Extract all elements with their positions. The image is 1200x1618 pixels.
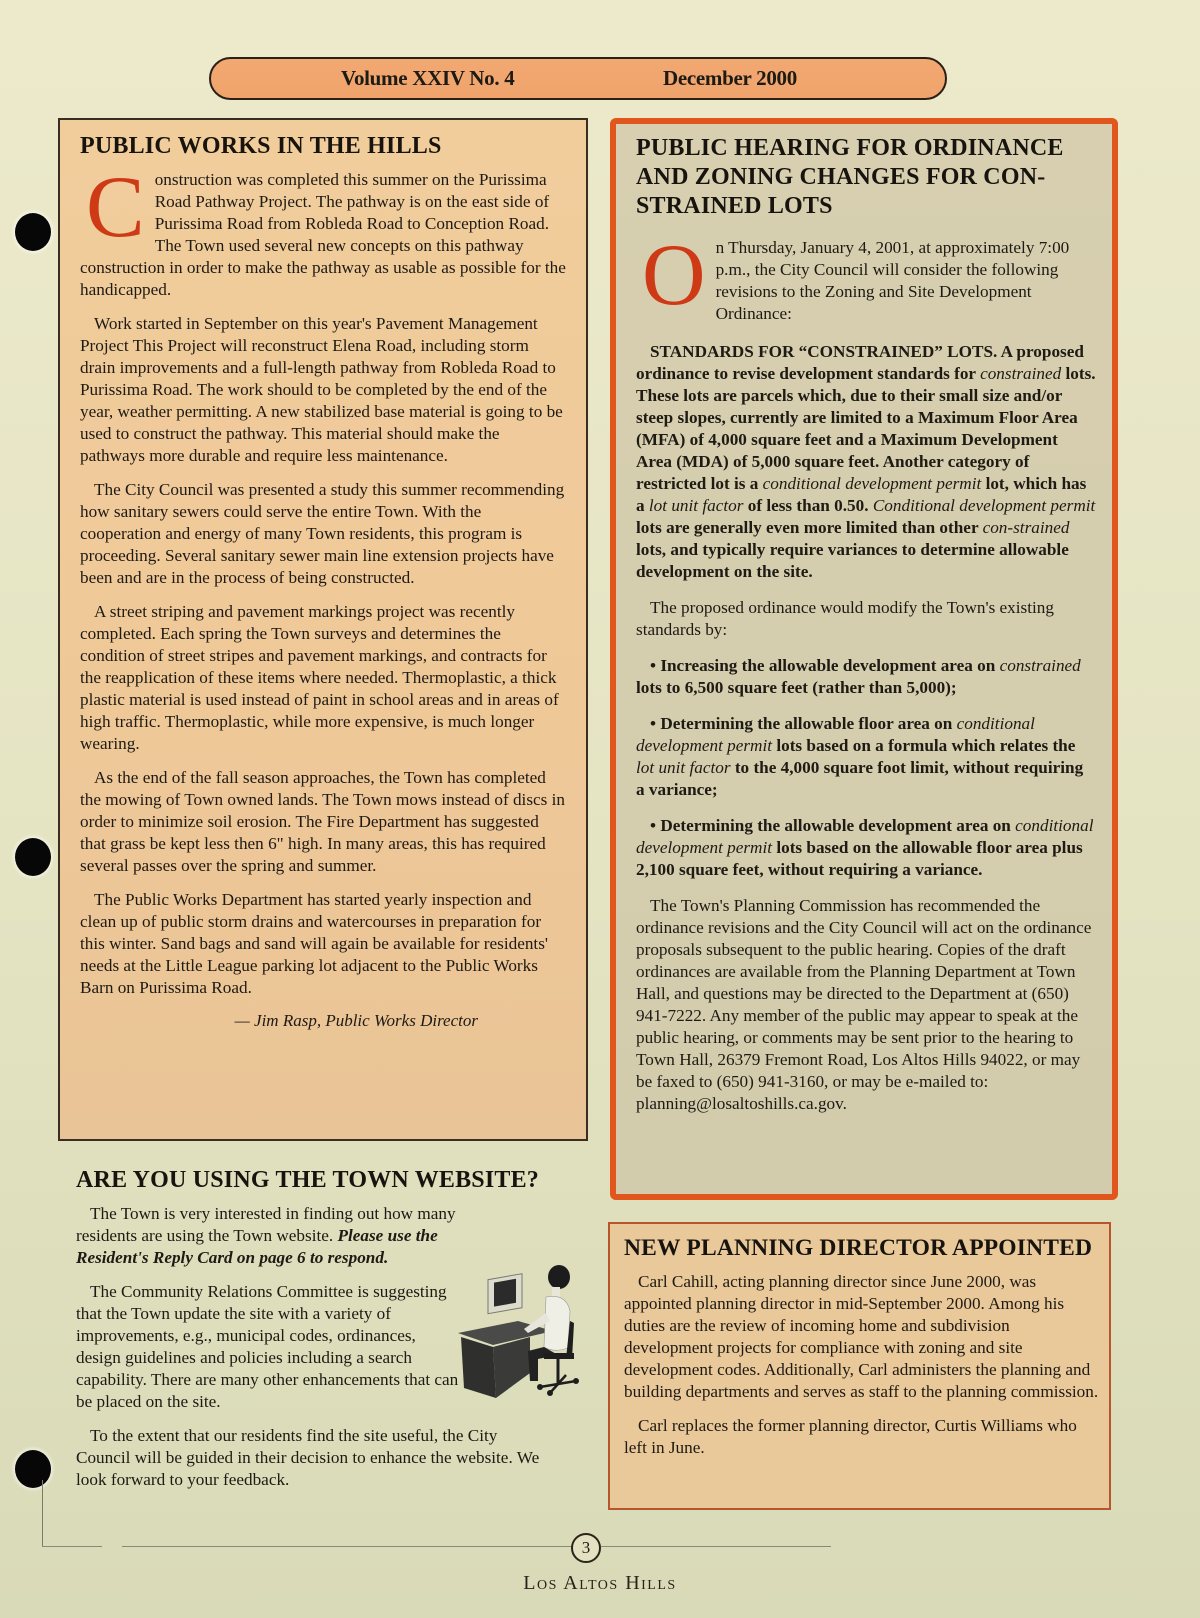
volume-number: Volume XXIV No. 4 xyxy=(341,66,514,91)
article-paragraph: As the end of the fall season approaches… xyxy=(80,767,566,877)
issue-masthead: Volume XXIV No. 4 December 2000 xyxy=(209,57,947,100)
email-link[interactable]: planning@losaltoshills.ca.gov. xyxy=(636,1094,847,1113)
bullet-item: • Determining the allowable floor area o… xyxy=(636,713,1096,801)
article-paragraph: Work started in September on this year's… xyxy=(80,313,566,467)
article-paragraph: Carl Cahill, acting planning director si… xyxy=(624,1271,1099,1403)
person-at-computer-illustration xyxy=(458,1263,588,1403)
bullet-item: • Increasing the allowable development a… xyxy=(636,655,1096,699)
bullet-item: • Determining the allowable development … xyxy=(636,815,1096,881)
article-paragraph: The Town is very interested in finding o… xyxy=(76,1203,506,1269)
planning-director-article: NEW PLANNING DIRECTOR APPOINTED Carl Cah… xyxy=(608,1222,1111,1510)
page-edge-line xyxy=(42,1480,43,1546)
article-title: ARE YOU USING THE TOWN WEBSITE? xyxy=(76,1166,596,1195)
binder-hole-bottom xyxy=(15,1450,51,1488)
footer-rule xyxy=(42,1546,102,1547)
article-title: PUBLIC WORKS IN THE HILLS xyxy=(80,132,566,161)
article-paragraph: Carl replaces the former planning direct… xyxy=(624,1415,1099,1459)
article-paragraph: To the extent that our residents find th… xyxy=(76,1425,546,1491)
page-number: 3 xyxy=(571,1533,601,1563)
article-paragraph: A street striping and pavement markings … xyxy=(80,601,566,755)
footer-rule xyxy=(601,1546,831,1547)
binder-hole-top xyxy=(15,213,51,251)
drop-cap: O xyxy=(642,243,706,309)
article-paragraph: The City Council was presented a study t… xyxy=(80,479,566,589)
binder-hole-middle xyxy=(15,838,51,876)
public-works-article: PUBLIC WORKS IN THE HILLS Construction w… xyxy=(58,118,588,1141)
standards-paragraph: STANDARDS FOR “CONSTRAINED” LOTS. A prop… xyxy=(636,341,1096,583)
article-paragraph: The Town's Planning Commission has recom… xyxy=(636,895,1096,1115)
article-paragraph: The Community Relations Committee is sug… xyxy=(76,1281,461,1413)
article-paragraph: Construction was completed this summer o… xyxy=(80,169,566,301)
author-signature: — Jim Rasp, Public Works Director xyxy=(80,1011,566,1031)
publication-name: Los Altos Hills xyxy=(0,1572,1200,1595)
drop-cap: C xyxy=(86,175,145,241)
footer-rule xyxy=(122,1546,572,1547)
article-title: NEW PLANNING DIRECTOR APPOINTED xyxy=(624,1234,1099,1263)
article-paragraph: The proposed ordinance would modify the … xyxy=(636,597,1096,641)
public-hearing-article: PUBLIC HEARING FOR ORDINANCE AND ZONING … xyxy=(610,118,1118,1200)
article-title: PUBLIC HEARING FOR ORDINANCE AND ZONING … xyxy=(636,134,1066,221)
issue-date: December 2000 xyxy=(663,66,797,91)
article-paragraph: On Thursday, January 4, 2001, at approxi… xyxy=(636,237,1096,325)
article-paragraph: The Public Works Department has started … xyxy=(80,889,566,999)
